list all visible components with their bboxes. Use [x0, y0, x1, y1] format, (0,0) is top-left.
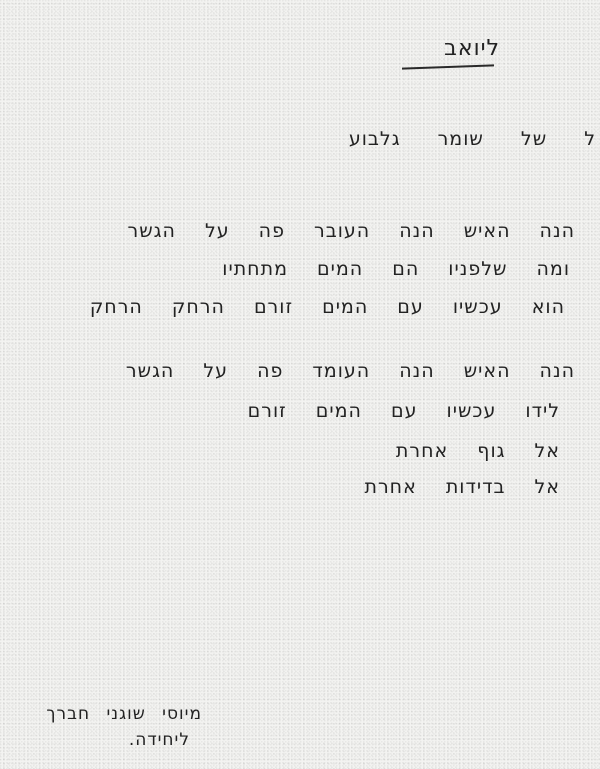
poem-line-1: הנה האיש הנה העובר פה על הגשר [127, 220, 575, 242]
poem-line-5: לידו עכשיו עם המים זורם [248, 400, 560, 422]
dedication-line: ל של שומר גלבוע [349, 128, 596, 150]
signature-line-2: ליחידה. [30, 730, 190, 750]
signature-line-1: מיוסי שוגני חברך [12, 704, 202, 724]
letter-title: ליואב [444, 36, 500, 61]
title-underline [402, 64, 494, 69]
poem-line-3: הוא עכשיו עם המים זורם הרחק הרחק [90, 296, 565, 318]
poem-line-2: ומה שלפניו הם המים מתחתיו [222, 258, 570, 280]
scanned-page: ליואב ל של שומר גלבוע הנה האיש הנה העובר… [0, 0, 600, 769]
poem-line-6: אל גוף אחרת [396, 440, 560, 462]
poem-line-7: אל בדידות אחרת [364, 476, 560, 498]
poem-line-4: הנה האיש הנה העומד פה על הגשר [126, 360, 575, 382]
